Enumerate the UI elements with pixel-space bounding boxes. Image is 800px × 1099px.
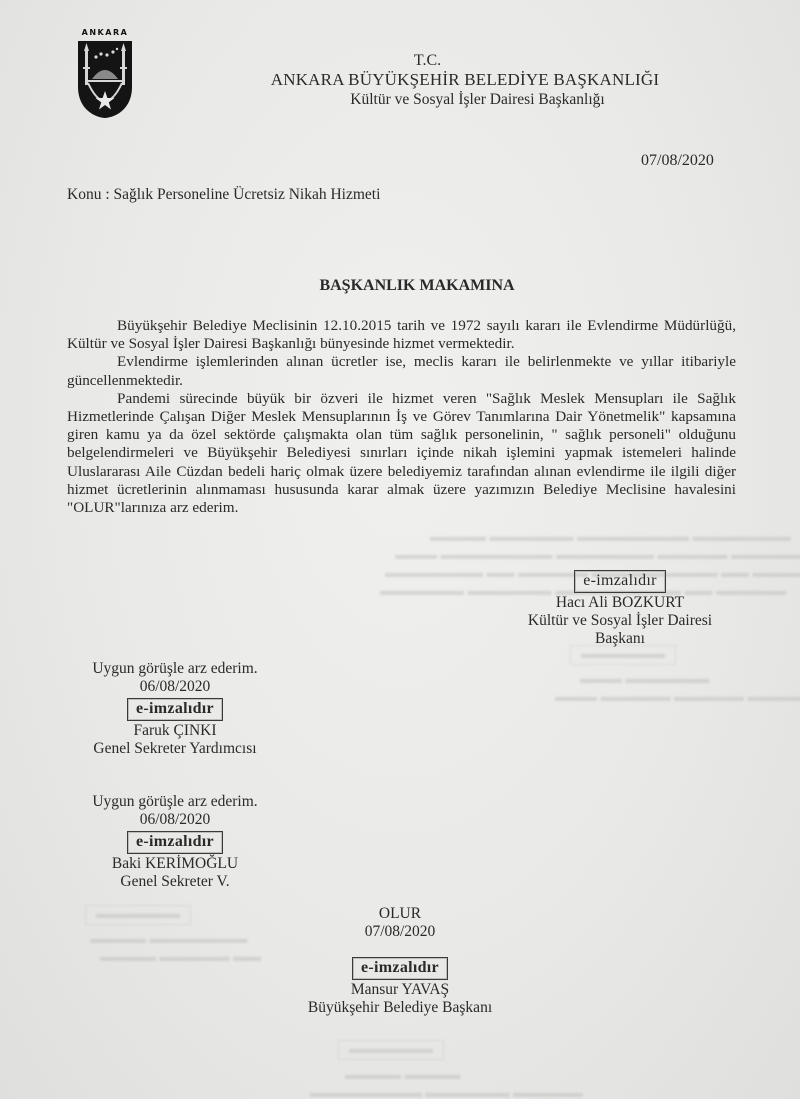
letterhead-municipality: ANKARA BÜYÜKŞEHİR BELEDİYE BAŞKANLIĞI [130, 70, 800, 90]
approval-date: 07/08/2020 [270, 923, 530, 941]
approval-date: 06/08/2020 [75, 811, 275, 829]
bleed-through-text: ▬▬▬▬ ▬▬▬▬ [345, 1068, 461, 1084]
bleed-through-text: ▬▬▬▬▬▬ [570, 645, 676, 665]
signer-name: Baki KERİMOĞLU [75, 855, 275, 873]
body-paragraph: Pandemi sürecinde büyük bir özveri ile h… [67, 390, 736, 517]
bleed-through-text: ▬▬▬▬▬▬ [338, 1040, 444, 1060]
bleed-through-text: ▬▬▬▬ ▬▬▬▬▬▬▬ [90, 932, 248, 948]
bleed-through-text: ▬▬▬ ▬▬▬▬▬ ▬▬▬▬▬ ▬▬▬▬▬ [555, 690, 800, 706]
letterhead: T.C. ANKARA BÜYÜKŞEHİR BELEDİYE BAŞKANLI… [0, 52, 800, 109]
signature-block-mayor: OLUR 07/08/2020 e-imzalıdır Mansur YAVAŞ… [270, 905, 530, 1017]
e-signature-stamp: e-imzalıdır [352, 957, 448, 980]
signer-title: Başkanı [505, 630, 735, 648]
signature-block-department-head: e-imzalıdır Hacı Ali BOZKURT Kültür ve S… [505, 568, 735, 648]
signer-name: Faruk ÇINKI [75, 722, 275, 740]
logo-text: ANKARA [76, 28, 134, 37]
signer-name: Mansur YAVAŞ [270, 981, 530, 999]
letterhead-department: Kültür ve Sosyal İşler Dairesi Başkanlığ… [155, 91, 800, 109]
document-date: 07/08/2020 [641, 152, 714, 170]
e-signature-stamp: e-imzalıdır [127, 831, 223, 854]
document-body: Büyükşehir Belediye Meclisinin 12.10.201… [67, 317, 736, 517]
approval-note: Uygun görüşle arz ederim. [75, 660, 275, 678]
signer-name: Hacı Ali BOZKURT [505, 594, 735, 612]
signer-title: Genel Sekreter Yardımcısı [75, 740, 275, 758]
bleed-through-text: ▬▬▬▬▬▬▬▬ ▬▬▬▬▬▬ ▬▬▬▬▬ [310, 1086, 583, 1099]
signer-title: Genel Sekreter V. [75, 873, 275, 891]
signer-title: Büyükşehir Belediye Başkanı [270, 999, 530, 1017]
approval-note: OLUR [270, 905, 530, 923]
bleed-through-text: ▬▬▬▬ ▬▬▬▬▬▬ ▬▬▬▬▬▬▬▬ ▬▬▬▬▬▬▬ [430, 530, 791, 546]
letterhead-tc: T.C. [55, 52, 800, 70]
approval-note: Uygun görüşle arz ederim. [75, 793, 275, 811]
signature-block-deputy-secretary: Uygun görüşle arz ederim. 06/08/2020 e-i… [75, 660, 275, 758]
salutation: BAŞKANLIK MAKAMINA [17, 277, 800, 295]
body-paragraph: Evlendirme işlemlerinden alınan ücretler… [67, 353, 736, 389]
e-signature-stamp: e-imzalıdır [127, 698, 223, 721]
bleed-through-text: ▬▬▬▬▬▬ [85, 905, 191, 925]
signer-title: Kültür ve Sosyal İşler Dairesi [505, 612, 735, 630]
bleed-through-text: ▬▬▬ ▬▬▬▬▬▬ [580, 672, 710, 688]
document-subject: Konu : Sağlık Personeline Ücretsiz Nikah… [67, 186, 380, 204]
signature-block-acting-secretary: Uygun görüşle arz ederim. 06/08/2020 e-i… [75, 793, 275, 891]
body-paragraph: Büyükşehir Belediye Meclisinin 12.10.201… [67, 317, 736, 353]
bleed-through-text: ▬▬▬▬ ▬▬▬▬▬ ▬▬ [100, 950, 261, 966]
e-signature-stamp: e-imzalıdır [574, 570, 666, 593]
approval-date: 06/08/2020 [75, 678, 275, 696]
bleed-through-text: ▬▬▬ ▬▬▬▬▬▬▬▬ ▬▬▬▬▬▬▬ ▬▬▬▬▬ ▬▬▬▬▬▬▬ [395, 548, 800, 564]
